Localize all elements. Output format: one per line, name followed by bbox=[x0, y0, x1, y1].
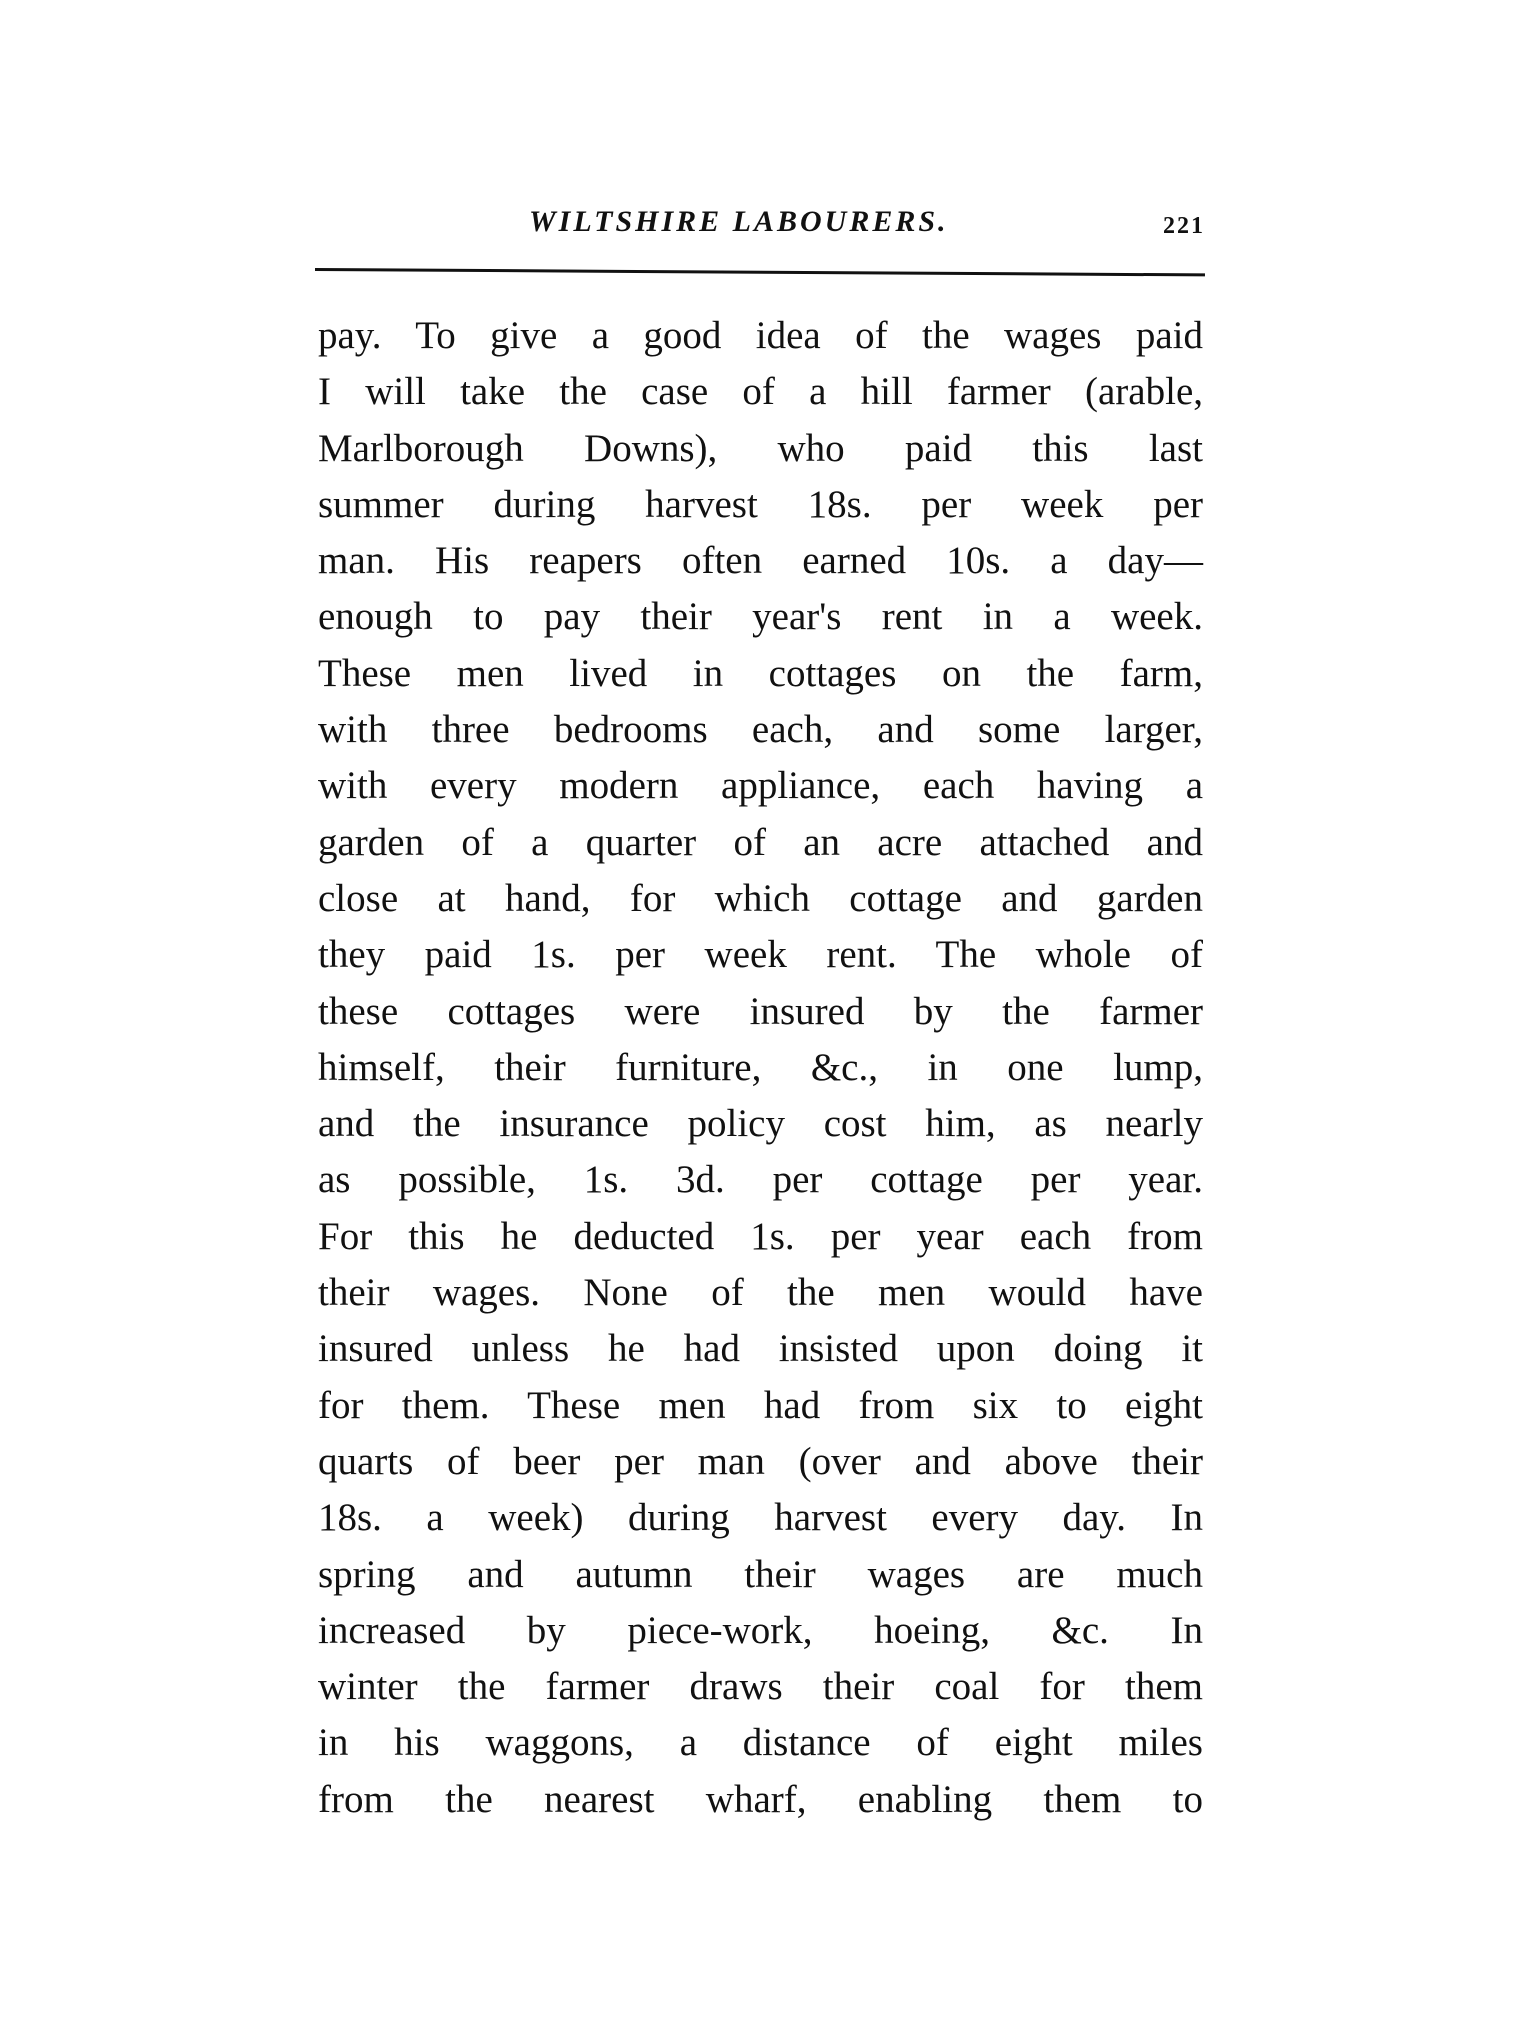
running-head-title: WILTSHIRE LABOURERS. bbox=[529, 205, 949, 239]
text-line: as possible, 1s. 3d. per cottage per yea… bbox=[318, 1152, 1203, 1208]
page-number: 221 bbox=[1163, 213, 1205, 240]
text-line: quarts of beer per man (over and above t… bbox=[318, 1434, 1203, 1490]
text-line: enough to pay their year's rent in a wee… bbox=[318, 589, 1203, 645]
book-page: WILTSHIRE LABOURERS. 221 pay. To give a … bbox=[0, 0, 1516, 2028]
text-line: increased by piece-work, hoeing, &c. In bbox=[318, 1603, 1203, 1659]
body-text: pay. To give a good idea of the wages pa… bbox=[318, 308, 1203, 1828]
text-line: and the insurance policy cost him, as ne… bbox=[318, 1096, 1203, 1152]
text-line: they paid 1s. per week rent. The whole o… bbox=[318, 927, 1203, 983]
text-line: garden of a quarter of an acre attached … bbox=[318, 815, 1203, 871]
text-line: these cottages were insured by the farme… bbox=[318, 984, 1203, 1040]
text-line: For this he deducted 1s. per year each f… bbox=[318, 1209, 1203, 1265]
text-line: with three bedrooms each, and some large… bbox=[318, 702, 1203, 758]
text-line: pay. To give a good idea of the wages pa… bbox=[318, 308, 1203, 364]
text-line: in his waggons, a distance of eight mile… bbox=[318, 1715, 1203, 1771]
text-line: from the nearest wharf, enabling them to bbox=[318, 1772, 1203, 1828]
text-line: with every modern appliance, each having… bbox=[318, 758, 1203, 814]
text-line: summer during harvest 18s. per week per bbox=[318, 477, 1203, 533]
text-line: These men lived in cottages on the farm, bbox=[318, 646, 1203, 702]
running-head: WILTSHIRE LABOURERS. 221 bbox=[315, 205, 1205, 245]
text-line: winter the farmer draws their coal for t… bbox=[318, 1659, 1203, 1715]
text-line: insured unless he had insisted upon doin… bbox=[318, 1321, 1203, 1377]
text-line: close at hand, for which cottage and gar… bbox=[318, 871, 1203, 927]
text-line: spring and autumn their wages are much bbox=[318, 1547, 1203, 1603]
text-line: for them. These men had from six to eigh… bbox=[318, 1378, 1203, 1434]
text-line: their wages. None of the men would have bbox=[318, 1265, 1203, 1321]
text-line: Marlborough Downs), who paid this last bbox=[318, 421, 1203, 477]
text-line: I will take the case of a hill farmer (a… bbox=[318, 364, 1203, 420]
text-line: himself, their furniture, &c., in one lu… bbox=[318, 1040, 1203, 1096]
header-rule bbox=[315, 268, 1205, 276]
text-line: man. His reapers often earned 10s. a day… bbox=[318, 533, 1203, 589]
text-line: 18s. a week) during harvest every day. I… bbox=[318, 1490, 1203, 1546]
